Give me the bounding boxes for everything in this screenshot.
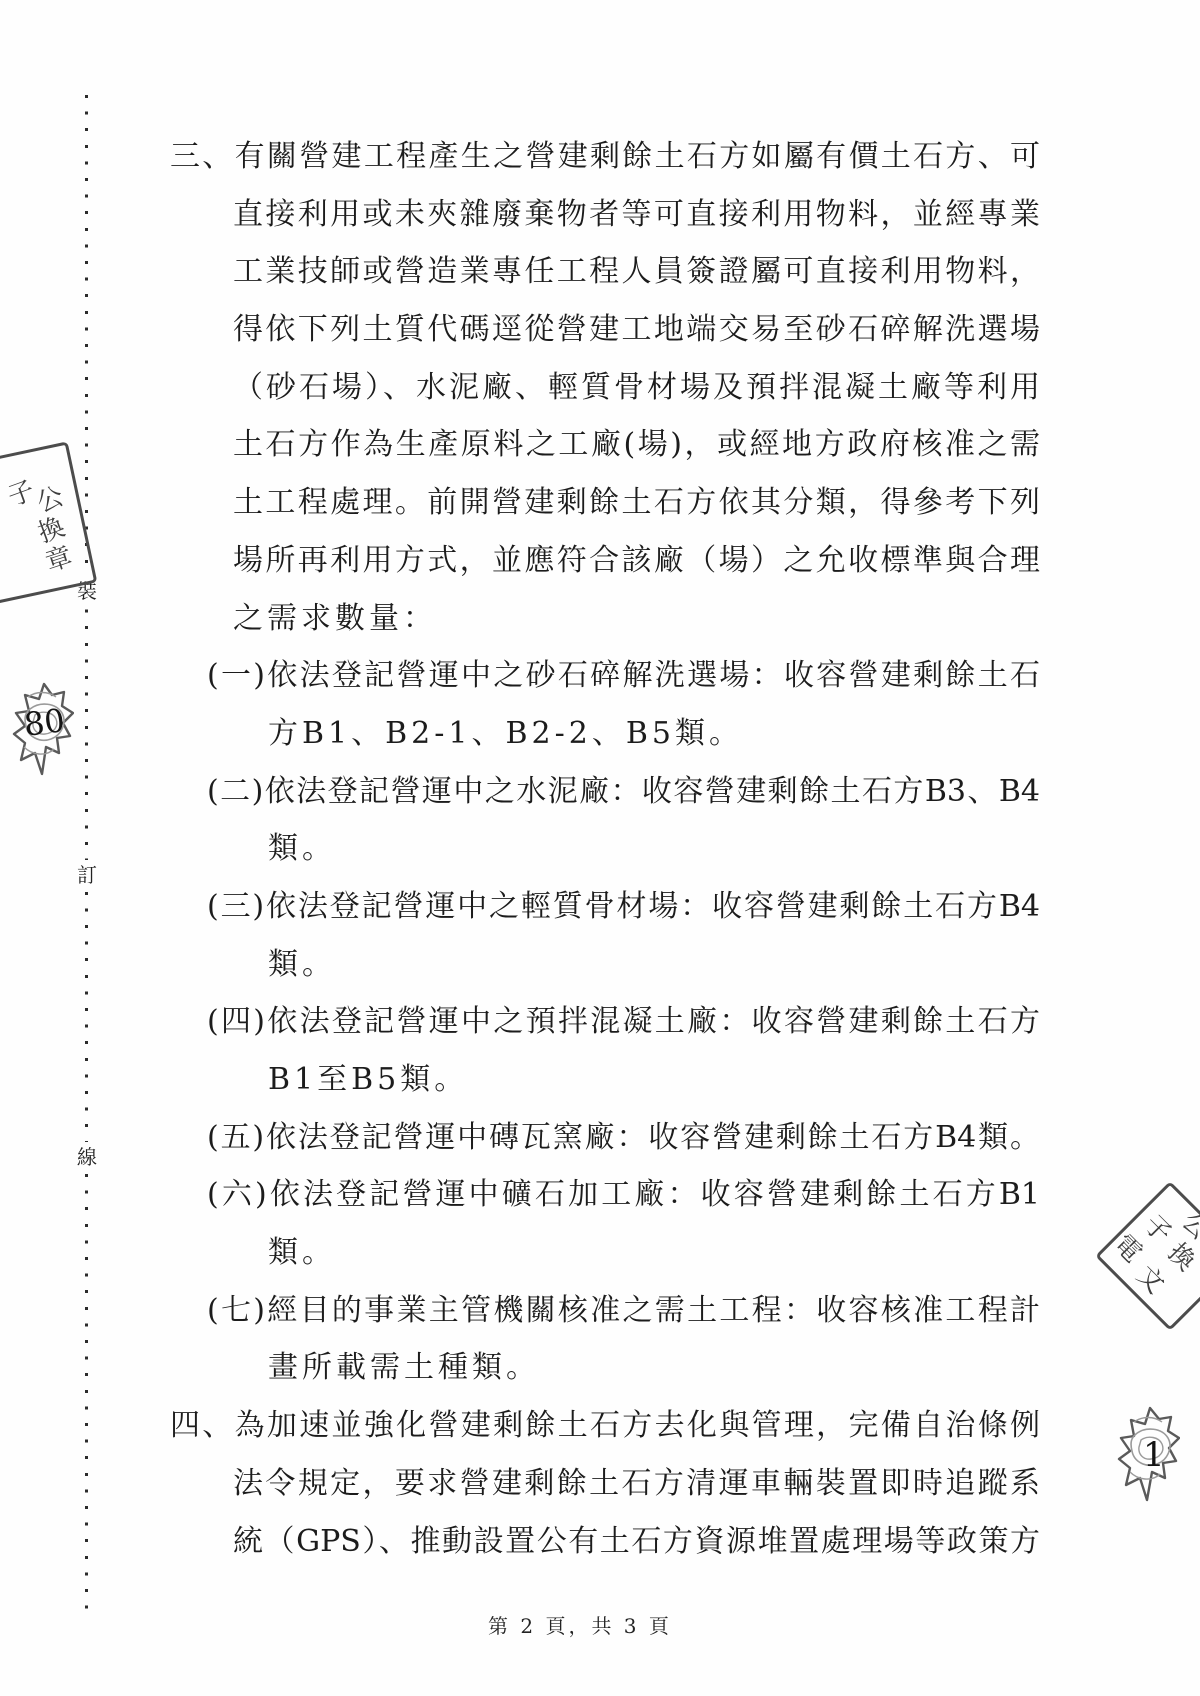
text-line: (三)依法登記營運中之輕質骨材場：收容營建剩餘土石方B4 [207,878,1040,936]
document-body: 三、有關營建工程產生之營建剩餘土石方如屬有價土石方、可 直接利用或未夾雜廢棄物者… [0,128,1200,1570]
text-line: (六)依法登記營運中礦石加工廠：收容營建剩餘土石方B1 [207,1166,1040,1224]
text-line: 方B1、B2-1、B2-2、B5類。 [268,705,1200,763]
text-line: (七)經目的事業主管機關核准之需土工程：收容核准工程計 [207,1282,1040,1340]
text-line: 土石方作為生產原料之工廠(場)，或經地方政府核准之需 [233,416,1040,474]
text-line: （砂石場）、水泥廠、輕質骨材場及預拌混凝土廠等利用 [233,359,1040,417]
page-number-stamp-right: 1 [1116,1404,1180,1504]
text-line: (五)依法登記營運中磚瓦窯廠：收容營建剩餘土石方B4類。 [207,1109,1040,1167]
text-line: (一)依法登記營運中之砂石碎解洗選場：收容營建剩餘土石 [207,647,1040,705]
text-line: B1至B5類。 [268,1051,1200,1109]
text-line: 統（GPS）、推動設置公有土石方資源堆置處理場等政策方 [233,1513,1040,1571]
text-line: 三、有關營建工程產生之營建剩餘土石方如屬有價土石方、可 [170,128,1040,186]
text-line: 法令規定，要求營建剩餘土石方清運車輛裝置即時追蹤系 [233,1455,1040,1513]
text-line: 類。 [268,820,1200,878]
text-line: (四)依法登記營運中之預拌混凝土廠：收容營建剩餘土石方 [207,993,1040,1051]
text-line: 之需求數量： [233,590,1200,648]
text-line: 得依下列土質代碼逕從營建工地端交易至砂石碎解洗選場 [233,301,1040,359]
text-line: 直接利用或未夾雜廢棄物者等可直接利用物料，並經專業 [233,186,1040,244]
text-line: 畫所載需土種類。 [268,1339,1200,1397]
text-line: 工業技師或營造業專任工程人員簽證屬可直接利用物料， [233,243,1040,301]
text-line: 類。 [268,936,1200,994]
page-number-1: 1 [1143,1435,1165,1475]
page-footer: 第 2 頁，共 3 頁 [488,1610,672,1639]
stamp-char: 文 [1132,1262,1169,1299]
stamp-char: 子 [1139,1211,1176,1248]
text-line: 四、為加速並強化營建剩餘土石方去化與管理，完備自治條例 [170,1397,1040,1455]
text-line: 場所再利用方式，並應符合該廠（場）之允收標準與合理 [233,532,1040,590]
stamp-char: 電 [1109,1231,1146,1268]
text-line: 土工程處理。前開營建剩餘土石方依其分類，得參考下列 [233,474,1040,532]
text-line: (二)依法登記營運中之水泥廠：收容營建剩餘土石方B3、B4 [207,763,1040,821]
text-line: 類。 [268,1224,1200,1282]
document-page: { "page": { "footer": "第 2 頁，共 3 頁" }, "… [0,0,1200,1696]
